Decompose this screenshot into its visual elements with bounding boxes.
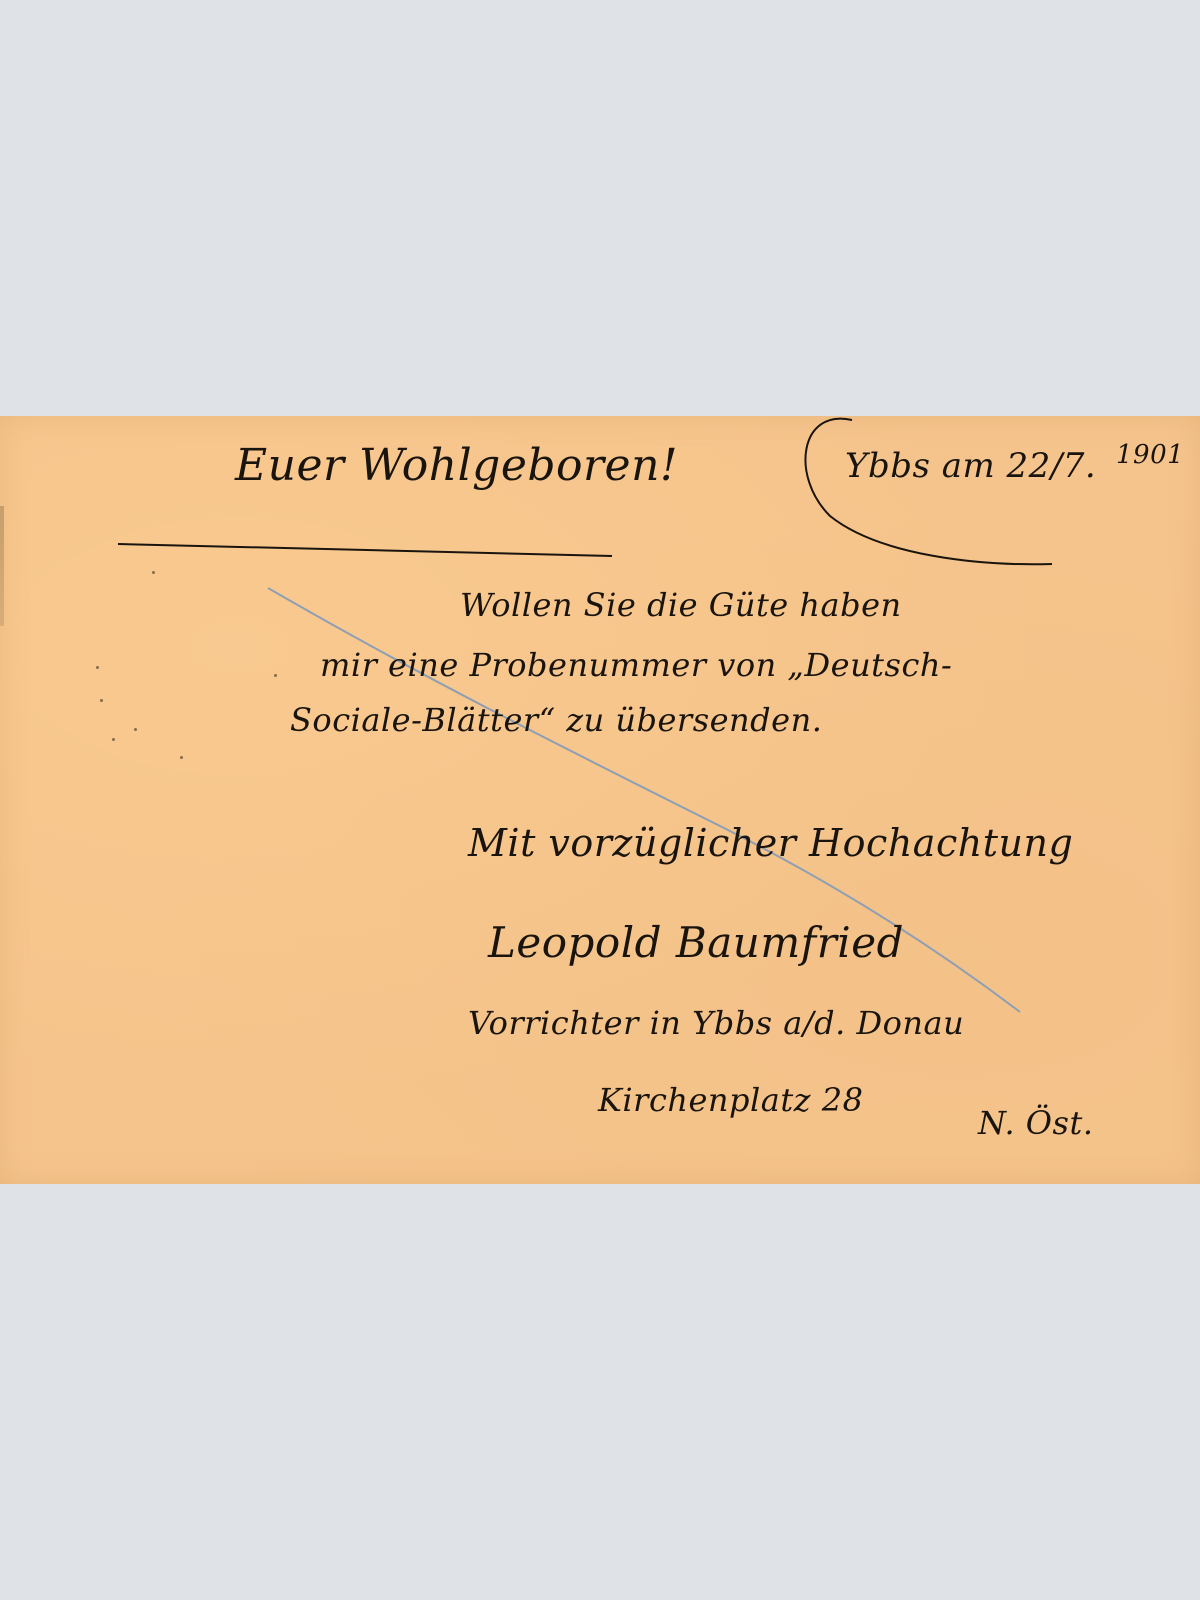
speck: [96, 666, 99, 669]
region: N. Öst.: [978, 1104, 1093, 1142]
speck: [180, 756, 183, 759]
speck: [152, 571, 155, 574]
date-flourish: [805, 419, 1052, 565]
body-line-3: Sociale-Blätter“ zu übersenden.: [290, 701, 822, 739]
speck: [112, 738, 115, 741]
place-date: Ybbs am 22/7.: [845, 446, 1096, 486]
greeting: Euer Wohlgeboren!: [235, 440, 678, 491]
title-location: Vorrichter in Ybbs a/d. Donau: [468, 1004, 964, 1042]
card-edge-shadow: [0, 506, 4, 626]
body-line-1: Wollen Sie die Güte haben: [460, 586, 902, 624]
body-line-2: mir eine Probenummer von „Deutsch-: [320, 646, 952, 684]
speck: [134, 728, 137, 731]
speck: [274, 674, 277, 677]
speck: [100, 699, 103, 702]
year: 1901: [1116, 440, 1184, 470]
closing: Mit vorzüglicher Hochachtung: [468, 821, 1073, 865]
signature: Leopold Baumfried: [488, 918, 904, 967]
postcard: Euer Wohlgeboren! Ybbs am 22/7. 1901 Wol…: [0, 416, 1200, 1184]
decorative-strokes: [0, 416, 1200, 1184]
address: Kirchenplatz 28: [598, 1081, 863, 1119]
greeting-underline: [118, 544, 612, 556]
